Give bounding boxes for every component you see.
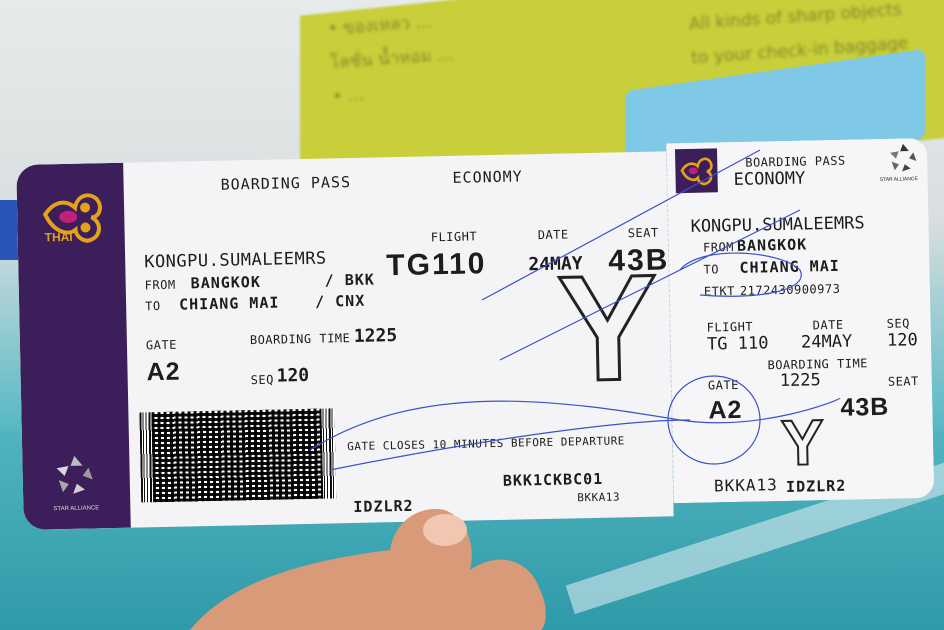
hand-holding-pass: [190, 490, 570, 630]
